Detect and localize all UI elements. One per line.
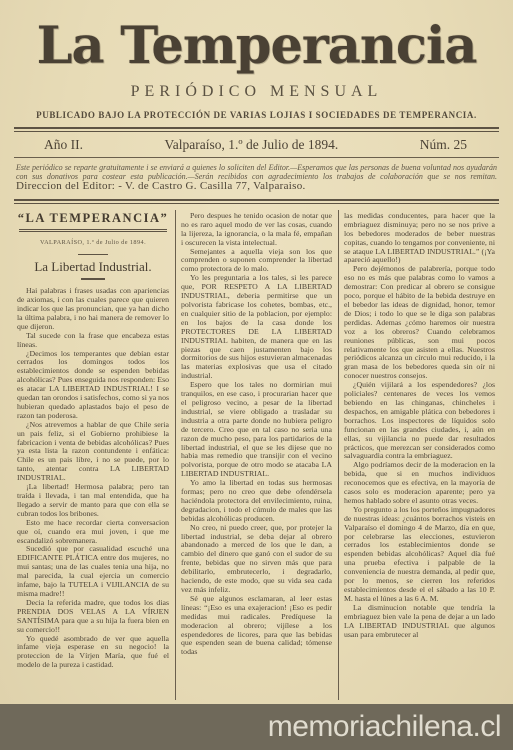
watermark-text: memoriachilena.cl bbox=[268, 710, 513, 744]
date-label: Valparaíso, 1.º de Julio de 1894. bbox=[83, 137, 420, 153]
column-2-text: Pero despues he tenido ocasion de notar … bbox=[181, 212, 332, 657]
paragraph: Tal sucede con la frase que encabeza est… bbox=[17, 332, 169, 350]
editor-address: Direccion del Editor: - V. de Castro G. … bbox=[16, 180, 306, 192]
paragraph: Esto me hace recordar cierta conversacio… bbox=[17, 519, 169, 546]
paragraph: La disminucion notable que tendría la em… bbox=[344, 604, 495, 640]
paragraph: Decia la referida madre, que todos los d… bbox=[17, 599, 169, 635]
column-2: Pero despues he tenido ocasion de notar … bbox=[175, 210, 338, 700]
paragraph: Pero despues he tenido ocasion de notar … bbox=[181, 212, 332, 248]
article-dateline: VALPARAÍSO, 1.º de Julio de 1894. bbox=[17, 239, 169, 248]
article-columns: “LA TEMPERANCIA” VALPARAÍSO, 1.º de Juli… bbox=[12, 210, 501, 700]
paragraph: ¿Nos atrevemos a hablar de que Chile ser… bbox=[17, 421, 169, 483]
section-header-rule bbox=[19, 229, 167, 233]
paragraph: ¡La libertad! Hermosa palabra; pero tan … bbox=[17, 483, 169, 519]
paragraph: Sé que algunos esclamaran, al leer estas… bbox=[181, 595, 332, 657]
paragraph: Sucedió que por casualidad escuché una E… bbox=[17, 545, 169, 598]
title-rule bbox=[81, 278, 105, 280]
issue-info-row: Año II. Valparaíso, 1.º de Julio de 1894… bbox=[14, 137, 499, 153]
paragraph: Hai palabras i frases usadas con aparien… bbox=[17, 287, 169, 332]
paragraph: Espero que los tales no dormirian mui tr… bbox=[181, 381, 332, 479]
column-1: “LA TEMPERANCIA” VALPARAÍSO, 1.º de Juli… bbox=[12, 210, 175, 700]
column-3-text: las medidas conducentes, para hacer que … bbox=[344, 212, 495, 640]
paragraph: Semejantes a aquella vieja son los que c… bbox=[181, 248, 332, 275]
paragraph: Pero dejémonos de palabrería, porque tod… bbox=[344, 265, 495, 381]
newspaper-page: La Temperancia PERIÓDICO MENSUAL PUBLICA… bbox=[0, 0, 513, 750]
notice-text: Este periódico se reparte gratuitamente … bbox=[16, 163, 497, 182]
masthead-title: La Temperancia bbox=[10, 20, 503, 74]
issue-number: Núm. 25 bbox=[420, 137, 467, 153]
paragraph: Yo pregunto a los los porteños impugnado… bbox=[344, 506, 495, 604]
masthead-subtitle: PERIÓDICO MENSUAL bbox=[0, 83, 513, 101]
paragraph: No creo, ni puedo creer, que, por protej… bbox=[181, 524, 332, 595]
dateline-rule bbox=[78, 254, 108, 255]
divider-thin bbox=[14, 157, 499, 158]
paragraph: Algo podríamos decir de la moderacion en… bbox=[344, 461, 495, 506]
divider-double-bottom bbox=[14, 199, 499, 204]
paragraph: ¿Quién vijilará a los espendedores? ¿los… bbox=[344, 381, 495, 461]
divider-double-top bbox=[14, 127, 499, 132]
masthead-tagline: PUBLICADO BAJO LA PROTECCIÓN DE VARIAS L… bbox=[0, 110, 513, 120]
column-1-text: Hai palabras i frases usadas con aparien… bbox=[17, 287, 169, 670]
article-title: La Libertad Industrial. bbox=[17, 263, 169, 272]
paragraph: Yo quedé asombrado de ver que aquella in… bbox=[17, 635, 169, 671]
watermark-band: memoriachilena.cl bbox=[0, 704, 513, 750]
paragraph: Yo amo la libertad en todas sus hermosas… bbox=[181, 479, 332, 524]
paragraph: ¿Decimos los temperantes que debían esta… bbox=[17, 350, 169, 421]
editor-notice: Este periódico se reparte gratuitamente … bbox=[16, 163, 497, 192]
paragraph: las medidas conducentes, para hacer que … bbox=[344, 212, 495, 265]
column-3: las medidas conducentes, para hacer que … bbox=[338, 210, 501, 700]
section-header: “LA TEMPERANCIA” bbox=[17, 214, 169, 223]
year-label: Año II. bbox=[44, 137, 83, 153]
paragraph: Yo les preguntaria a los tales, si les p… bbox=[181, 274, 332, 381]
